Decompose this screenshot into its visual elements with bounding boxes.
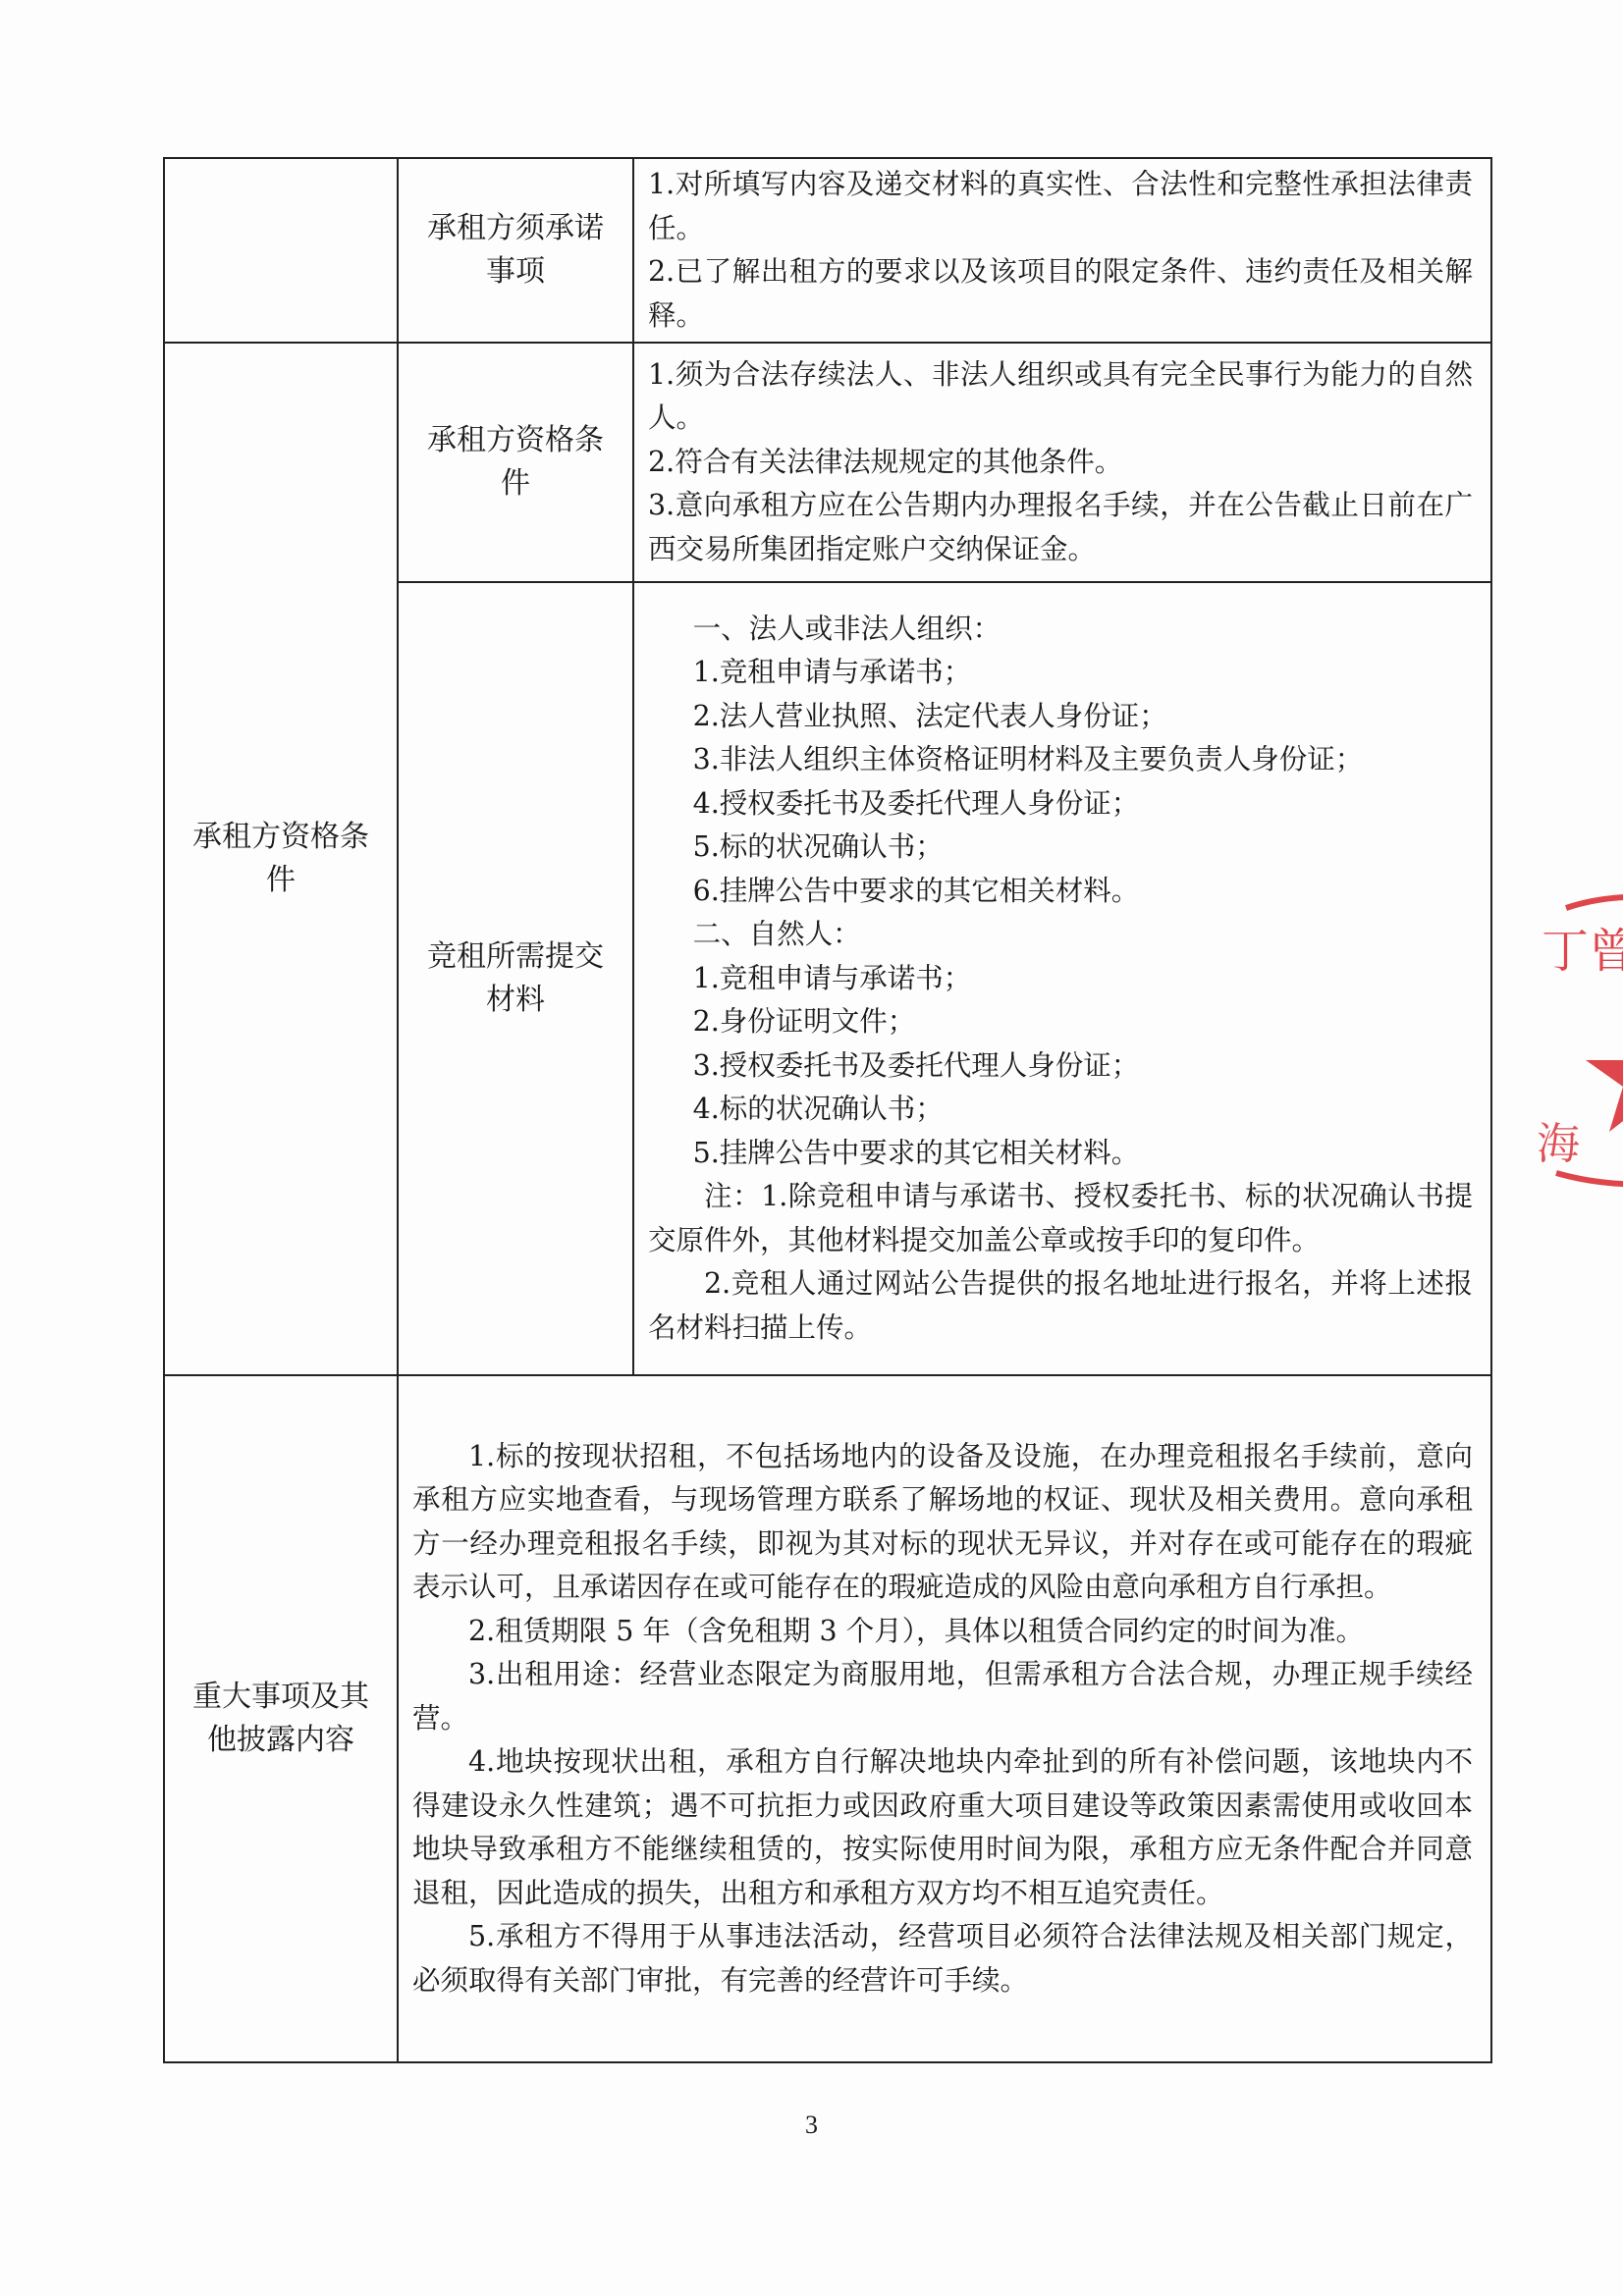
svg-text:丁曾: 丁曾: [1542, 924, 1623, 979]
materials-item: 4.授权委托书及委托代理人身份证；: [648, 782, 1473, 827]
table-row-conditions: 承租方资格条件 承租方资格条件 1.须为合法存续法人、非法人组织或具有完全民事行…: [164, 343, 1491, 582]
official-seal-stamp: 丁曾 海: [1527, 879, 1623, 1193]
materials-note: 注：1.除竞租申请与承诺书、授权委托书、标的状况确认书提交原件外，其他材料提交加…: [648, 1175, 1473, 1262]
materials-item: 1.竞租申请与承诺书；: [648, 957, 1473, 1001]
disclosure-table: 承租方须承诺事项 1.对所填写内容及递交材料的真实性、合法性和完整性承担法律责任…: [163, 157, 1492, 2063]
major-matters-label: 重大事项及其他披露内容: [164, 1375, 398, 2062]
condition-item: 3.意向承租方应在公告期内办理报名手续，并在公告截止日前在广西交易所集团指定账户…: [648, 484, 1473, 571]
commitment-item: 1.对所填写内容及递交材料的真实性、合法性和完整性承担法律责任。: [648, 163, 1473, 250]
conditions-label: 承租方资格条件: [398, 343, 633, 582]
condition-item: 1.须为合法存续法人、非法人组织或具有完全民事行为能力的自然人。: [648, 353, 1473, 441]
commitment-label: 承租方须承诺事项: [398, 158, 633, 343]
condition-item: 2.符合有关法律法规规定的其他条件。: [648, 441, 1473, 485]
qualification-group-label: 承租方资格条件: [164, 343, 398, 1375]
page-number: 3: [0, 2110, 1623, 2140]
commitment-item: 2.已了解出租方的要求以及该项目的限定条件、违约责任及相关解释。: [648, 250, 1473, 338]
empty-group-cell: [164, 158, 398, 343]
table-row-commitment: 承租方须承诺事项 1.对所填写内容及递交材料的真实性、合法性和完整性承担法律责任…: [164, 158, 1491, 343]
major-matters-content: 1.标的按现状招租，不包括场地内的设备及设施，在办理竞租报名手续前，意向承租方应…: [398, 1375, 1491, 2062]
materials-note: 2.竞租人通过网站公告提供的报名地址进行报名，并将上述报名材料扫描上传。: [648, 1262, 1473, 1350]
materials-item: 5.标的状况确认书；: [648, 826, 1473, 870]
major-matters-item: 4.地块按现状出租，承租方自行解决地块内牵扯到的所有补偿问题，该地块内不得建设永…: [412, 1740, 1473, 1915]
materials-item: 3.非法人组织主体资格证明材料及主要负责人身份证；: [648, 738, 1473, 782]
materials-section-title: 二、自然人：: [648, 913, 1473, 957]
materials-label: 竞租所需提交材料: [398, 582, 633, 1375]
materials-item: 5.挂牌公告中要求的其它相关材料。: [648, 1132, 1473, 1176]
major-matters-item: 3.出租用途：经营业态限定为商服用地，但需承租方合法合规，办理正规手续经营。: [412, 1653, 1473, 1740]
materials-content: 一、法人或非法人组织： 1.竞租申请与承诺书； 2.法人营业执照、法定代表人身份…: [633, 582, 1491, 1375]
materials-item: 4.标的状况确认书；: [648, 1088, 1473, 1132]
conditions-content: 1.须为合法存续法人、非法人组织或具有完全民事行为能力的自然人。 2.符合有关法…: [633, 343, 1491, 582]
star-icon: [1586, 1016, 1623, 1132]
materials-item: 2.法人营业执照、法定代表人身份证；: [648, 695, 1473, 739]
table-row-major-matters: 重大事项及其他披露内容 1.标的按现状招租，不包括场地内的设备及设施，在办理竞租…: [164, 1375, 1491, 2062]
materials-section-title: 一、法人或非法人组织：: [648, 608, 1473, 652]
major-matters-item: 2.租赁期限 5 年（含免租期 3 个月），具体以租赁合同约定的时间为准。: [412, 1610, 1473, 1654]
major-matters-item: 1.标的按现状招租，不包括场地内的设备及设施，在办理竞租报名手续前，意向承租方应…: [412, 1435, 1473, 1610]
materials-item: 2.身份证明文件；: [648, 1000, 1473, 1044]
svg-text:海: 海: [1537, 1119, 1580, 1169]
materials-item: 1.竞租申请与承诺书；: [648, 651, 1473, 695]
materials-item: 6.挂牌公告中要求的其它相关材料。: [648, 870, 1473, 914]
major-matters-item: 5.承租方不得用于从事违法活动，经营项目必须符合法律法规及相关部门规定，必须取得…: [412, 1915, 1473, 2002]
materials-item: 3.授权委托书及委托代理人身份证；: [648, 1044, 1473, 1089]
commitment-content: 1.对所填写内容及递交材料的真实性、合法性和完整性承担法律责任。 2.已了解出租…: [633, 158, 1491, 343]
